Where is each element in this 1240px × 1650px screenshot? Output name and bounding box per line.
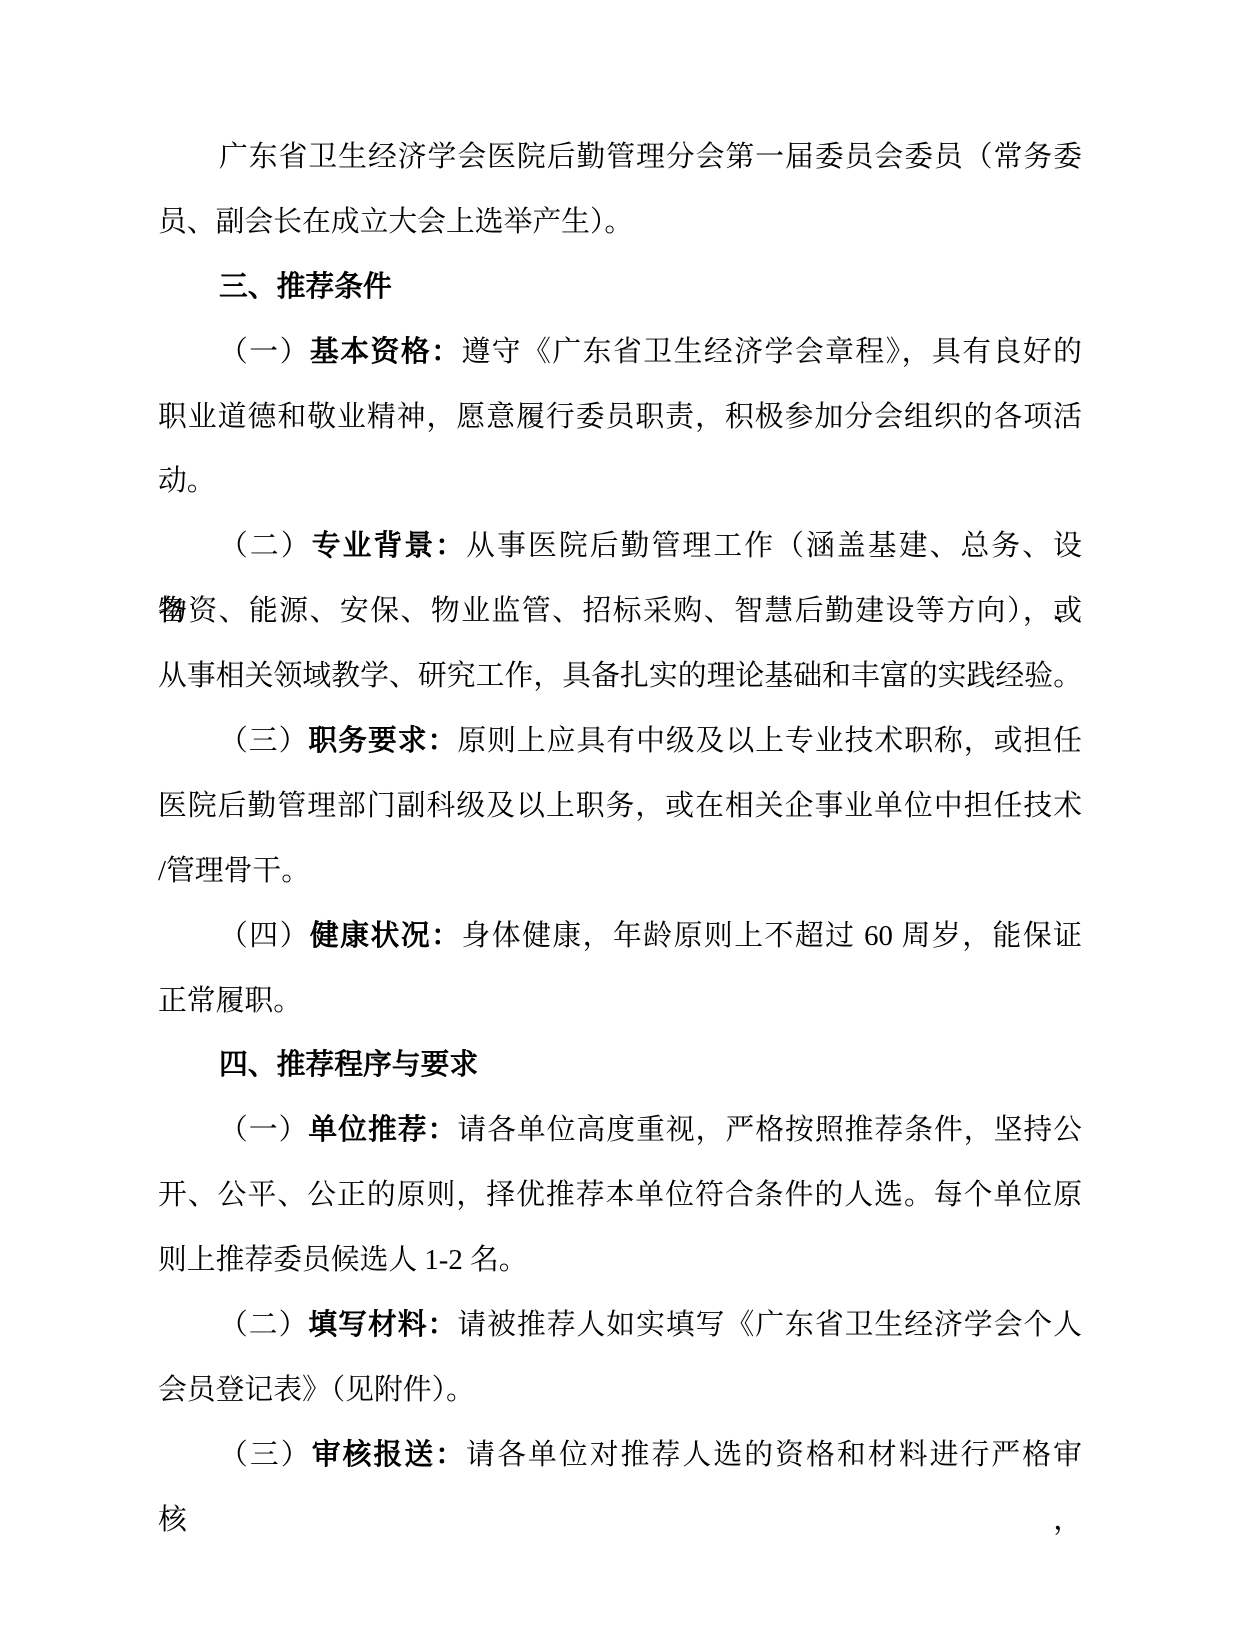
text-run: （三） xyxy=(219,1439,312,1471)
text-line: 三、推荐条件 xyxy=(158,255,1082,320)
text-run: 原则上应具有中级及以上专业技术职称，或担任 xyxy=(457,725,1082,757)
text-line: （二）填写材料：请被推荐人如实填写《广东省卫生经济学会个人 xyxy=(158,1293,1082,1358)
section-heading: 三、推荐条件 xyxy=(158,255,1082,320)
text-line: 物资、能源、安保、物业监管、招标采购、智慧后勤建设等方向），或 xyxy=(158,579,1082,644)
paragraph: （三）审核报送：请各单位对推荐人选的资格和材料进行严格审核， xyxy=(158,1423,1082,1488)
text-run: （一） xyxy=(219,336,310,368)
section-heading: 四、推荐程序与要求 xyxy=(158,1033,1082,1098)
text-line: 正常履职。 xyxy=(158,969,1082,1034)
document-content: 广东省卫生经济学会医院后勤管理分会第一届委员会委员（常务委员、副会长在成立大会上… xyxy=(158,125,1082,1488)
bold-label-run: 健康状况： xyxy=(310,920,462,952)
text-line: 员、副会长在成立大会上选举产生）。 xyxy=(158,190,1082,255)
paragraph: （四）健康状况：身体健康，年龄原则上不超过 60 周岁，能保证正常履职。 xyxy=(158,904,1082,1034)
text-run: 请被推荐人如实填写《广东省卫生经济学会个人 xyxy=(457,1309,1082,1341)
text-line: （三）职务要求：原则上应具有中级及以上专业技术职称，或担任 xyxy=(158,709,1082,774)
paragraph: （二）填写材料：请被推荐人如实填写《广东省卫生经济学会个人会员登记表》（见附件）… xyxy=(158,1293,1082,1423)
text-line: （四）健康状况：身体健康，年龄原则上不超过 60 周岁，能保证 xyxy=(158,904,1082,969)
bold-label-run: 审核报送： xyxy=(312,1439,466,1471)
bold-label-run: 单位推荐： xyxy=(308,1114,457,1146)
text-line: （三）审核报送：请各单位对推荐人选的资格和材料进行严格审核， xyxy=(158,1423,1082,1488)
text-run: /管理骨干。 xyxy=(158,855,310,887)
text-run: 开、公平、公正的原则，择优推荐本单位符合条件的人选。每个单位原 xyxy=(158,1179,1082,1211)
text-run: （一） xyxy=(219,1114,308,1146)
bold-label-run: 四、推荐程序与要求 xyxy=(219,1049,478,1081)
text-run: 广东省卫生经济学会医院后勤管理分会第一届委员会委员（常务委 xyxy=(219,141,1082,173)
text-run: （四） xyxy=(219,920,310,952)
text-line: （一）单位推荐：请各单位高度重视，严格按照推荐条件，坚持公 xyxy=(158,1098,1082,1163)
paragraph: （二）专业背景：从事医院后勤管理工作（涵盖基建、总务、设备、物资、能源、安保、物… xyxy=(158,514,1082,709)
text-run: 请各单位高度重视，严格按照推荐条件，坚持公 xyxy=(457,1114,1082,1146)
paragraph: 广东省卫生经济学会医院后勤管理分会第一届委员会委员（常务委员、副会长在成立大会上… xyxy=(158,125,1082,255)
text-line: 则上推荐委员候选人 1-2 名。 xyxy=(158,1228,1082,1293)
paragraph: （三）职务要求：原则上应具有中级及以上专业技术职称，或担任医院后勤管理部门副科级… xyxy=(158,709,1082,904)
document-page: 广东省卫生经济学会医院后勤管理分会第一届委员会委员（常务委员、副会长在成立大会上… xyxy=(0,0,1240,1650)
text-run: 遵守《广东省卫生经济学会章程》，具有良好的 xyxy=(461,336,1082,368)
bold-label-run: 专业背景： xyxy=(312,530,466,562)
text-run: 从事相关领域教学、研究工作，具备扎实的理论基础和丰富的实践经验。 xyxy=(158,660,1082,692)
text-line: （二）专业背景：从事医院后勤管理工作（涵盖基建、总务、设备、 xyxy=(158,514,1082,579)
text-run: 则上推荐委员候选人 1-2 名。 xyxy=(158,1244,528,1276)
text-run: 医院后勤管理部门副科级及以上职务，或在相关企事业单位中担任技术 xyxy=(158,790,1082,822)
bold-label-run: 基本资格： xyxy=(310,336,462,368)
text-line: 四、推荐程序与要求 xyxy=(158,1033,1082,1098)
text-line: 医院后勤管理部门副科级及以上职务，或在相关企事业单位中担任技术 xyxy=(158,774,1082,839)
text-run: （二） xyxy=(219,1309,308,1341)
text-run: 员、副会长在成立大会上选举产生）。 xyxy=(158,206,633,238)
text-line: 开、公平、公正的原则，择优推荐本单位符合条件的人选。每个单位原 xyxy=(158,1163,1082,1228)
text-line: /管理骨干。 xyxy=(158,839,1082,904)
text-line: 会员登记表》（见附件）。 xyxy=(158,1358,1082,1423)
text-line: 广东省卫生经济学会医院后勤管理分会第一届委员会委员（常务委 xyxy=(158,125,1082,190)
text-run: 职业道德和敬业精神，愿意履行委员职责，积极参加分会组织的各项活 xyxy=(158,401,1082,433)
text-line: （一）基本资格：遵守《广东省卫生经济学会章程》，具有良好的 xyxy=(158,320,1082,385)
text-line: 从事相关领域教学、研究工作，具备扎实的理论基础和丰富的实践经验。 xyxy=(158,644,1082,709)
text-run: 动。 xyxy=(158,465,216,497)
bold-label-run: 职务要求： xyxy=(308,725,457,757)
text-run: 正常履职。 xyxy=(158,985,302,1017)
paragraph: （一）基本资格：遵守《广东省卫生经济学会章程》，具有良好的职业道德和敬业精神，愿… xyxy=(158,320,1082,515)
bold-label-run: 三、推荐条件 xyxy=(219,271,392,303)
text-line: 动。 xyxy=(158,449,1082,514)
text-run: 会员登记表》（见附件）。 xyxy=(158,1374,475,1406)
text-run: （三） xyxy=(219,725,308,757)
text-run: （二） xyxy=(219,530,312,562)
text-line: 职业道德和敬业精神，愿意履行委员职责，积极参加分会组织的各项活 xyxy=(158,385,1082,450)
paragraph: （一）单位推荐：请各单位高度重视，严格按照推荐条件，坚持公开、公平、公正的原则，… xyxy=(158,1098,1082,1293)
text-run: 身体健康，年龄原则上不超过 60 周岁，能保证 xyxy=(461,920,1082,952)
text-run: 物资、能源、安保、物业监管、招标采购、智慧后勤建设等方向），或 xyxy=(158,595,1082,627)
bold-label-run: 填写材料： xyxy=(308,1309,457,1341)
